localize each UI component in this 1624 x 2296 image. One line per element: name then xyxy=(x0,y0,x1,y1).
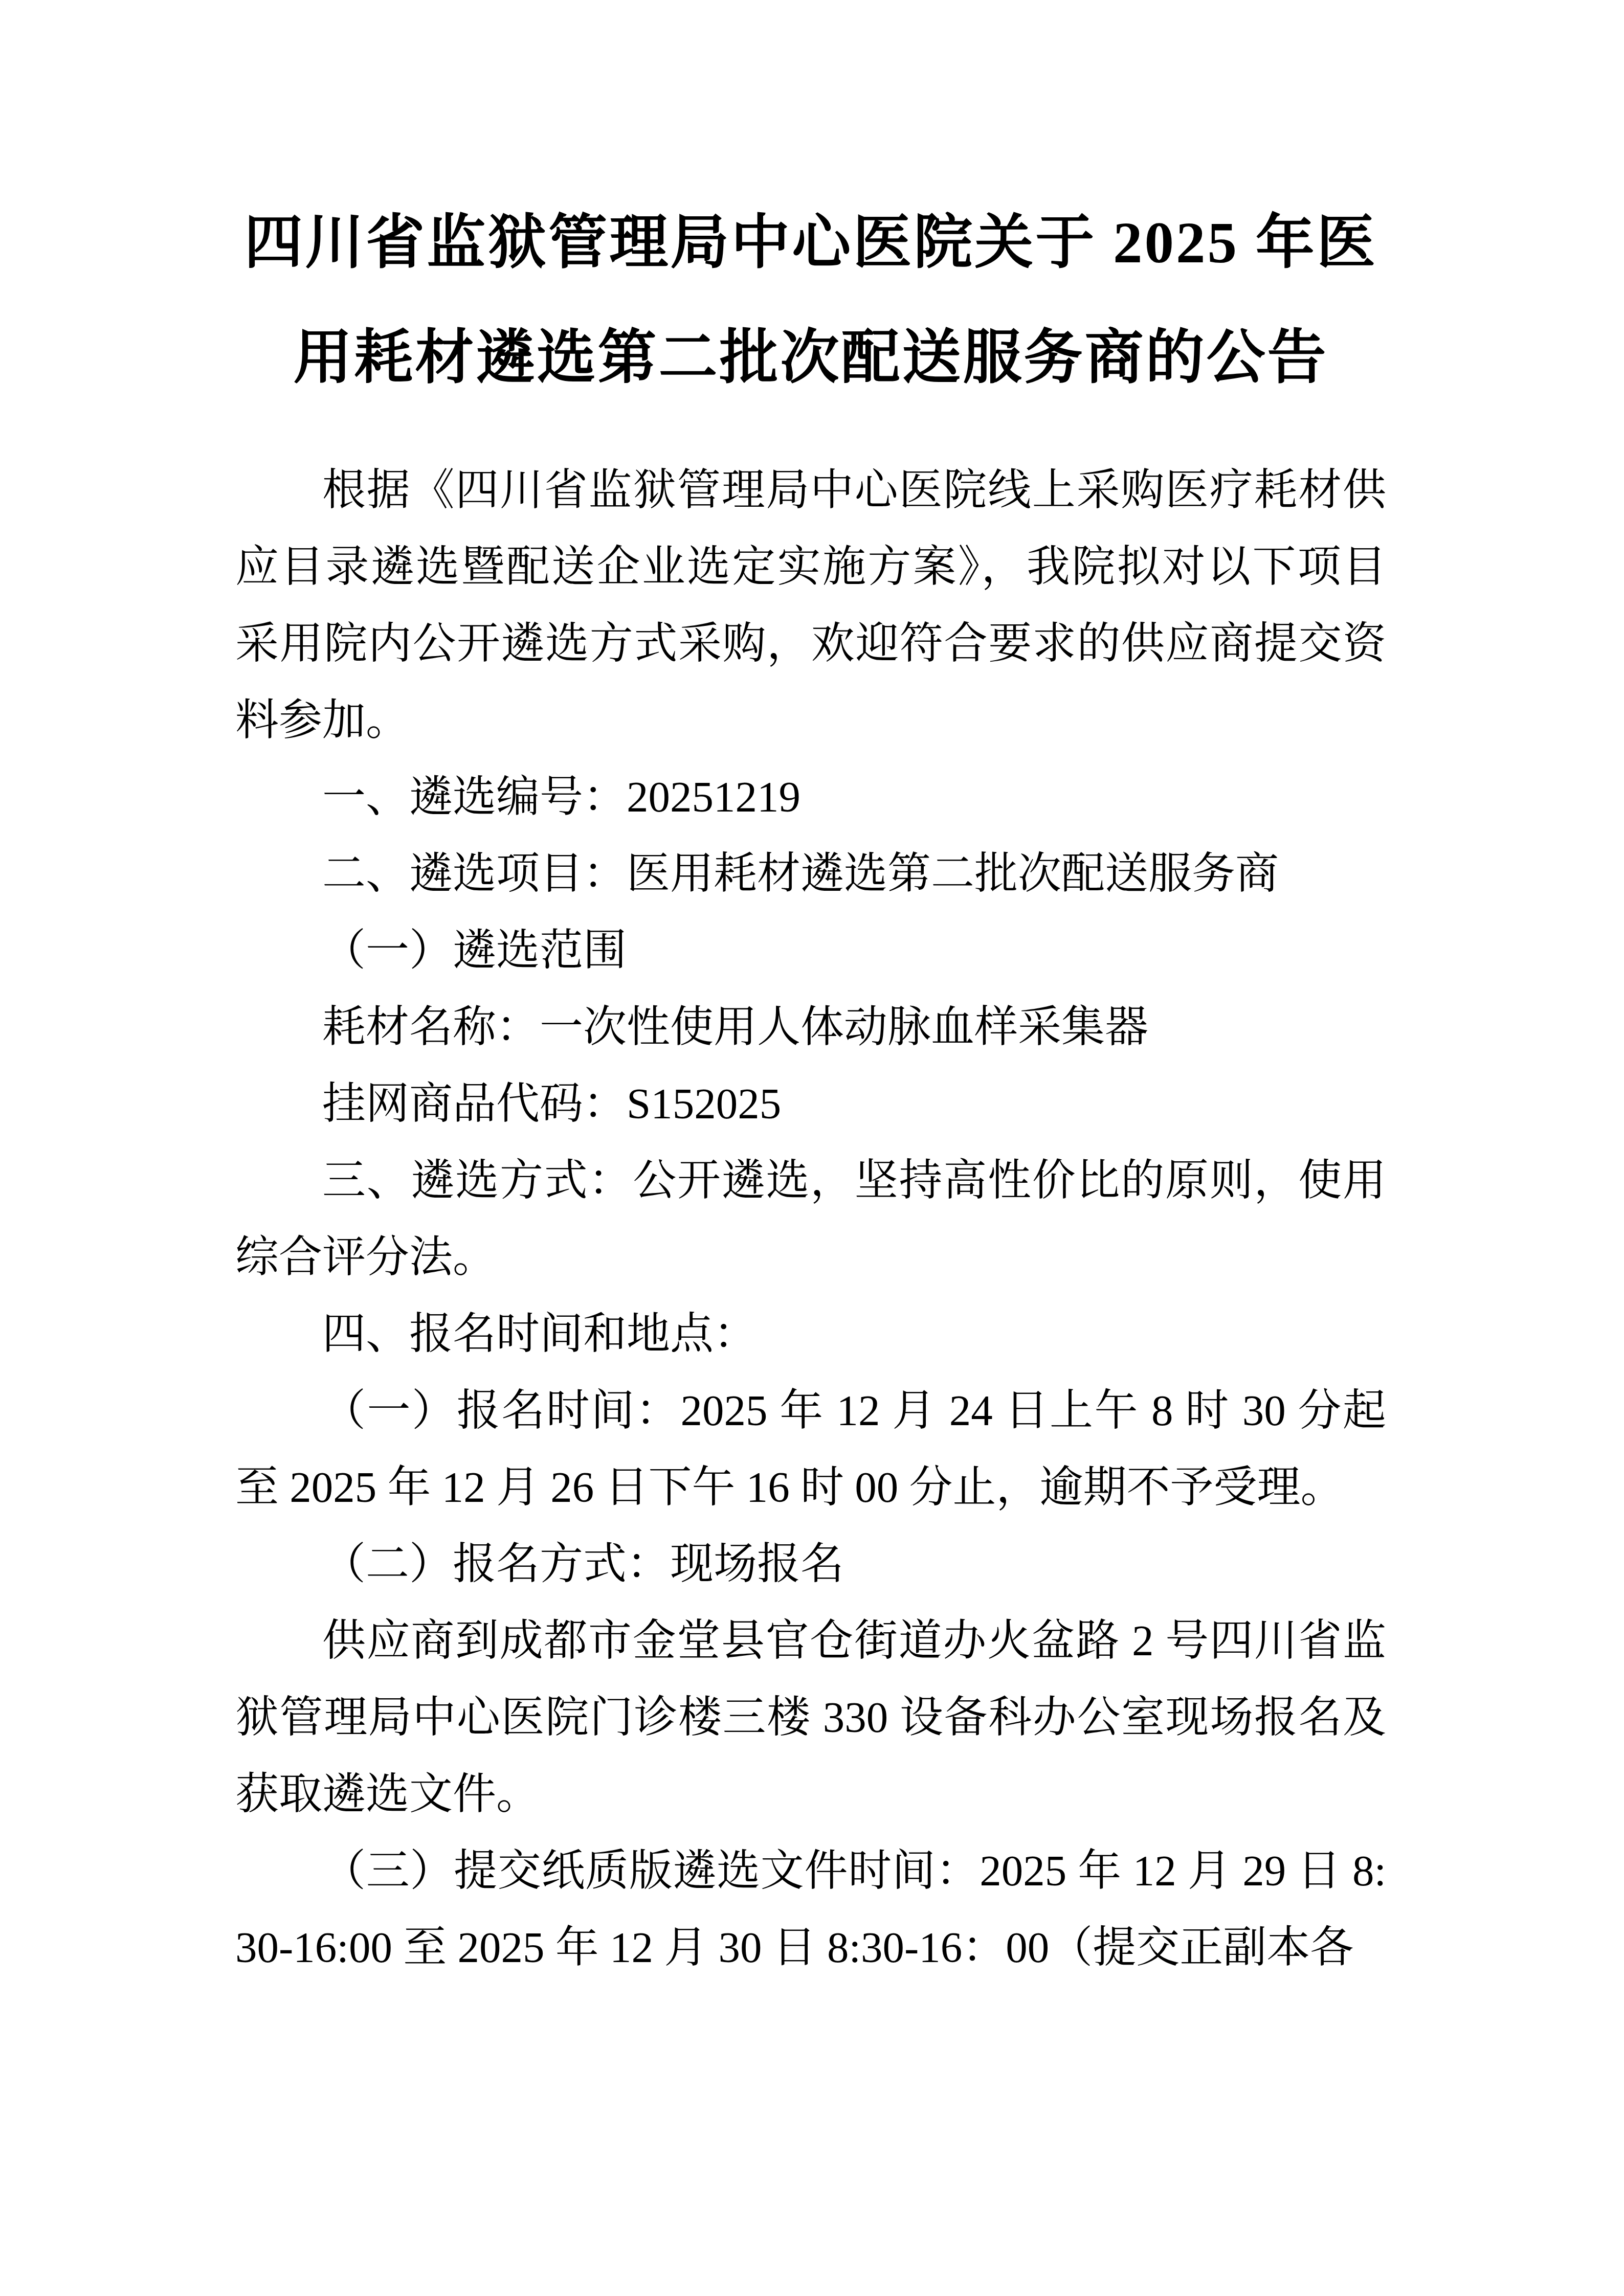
paragraph: 二、遴选项目：医用耗材遴选第二批次配送服务商 xyxy=(235,836,1386,912)
paragraph: 供应商到成都市金堂县官仓街道办火盆路 2 号四川省监狱管理局中心医院门诊楼三楼 … xyxy=(235,1603,1386,1833)
paragraph: 三、遴选方式：公开遴选，坚持高性价比的原则，使用综合评分法。 xyxy=(235,1142,1386,1296)
paragraph: 根据《四川省监狱管理局中心医院线上采购医疗耗材供应目录遴选暨配送企业选定实施方案… xyxy=(235,452,1386,759)
document-page: 四川省监狱管理局中心医院关于 2025 年医用耗材遴选第二批次配送服务商的公告 … xyxy=(0,0,1624,2296)
paragraph: （一）报名时间：2025 年 12 月 24 日上午 8 时 30 分起至 20… xyxy=(235,1372,1386,1526)
paragraph: 挂网商品代码：S152025 xyxy=(235,1066,1386,1142)
paragraph: 四、报名时间和地点： xyxy=(235,1296,1386,1372)
paragraph: 一、遴选编号：20251219 xyxy=(235,759,1386,836)
paragraph: （三）提交纸质版遴选文件时间：2025 年 12 月 29 日 8:30-16:… xyxy=(235,1833,1386,1986)
paragraph: （一）遴选范围 xyxy=(235,912,1386,989)
document-title: 四川省监狱管理局中心医院关于 2025 年医用耗材遴选第二批次配送服务商的公告 xyxy=(235,185,1386,415)
document-body: 根据《四川省监狱管理局中心医院线上采购医疗耗材供应目录遴选暨配送企业选定实施方案… xyxy=(235,452,1386,1986)
paragraph: 耗材名称：一次性使用人体动脉血样采集器 xyxy=(235,989,1386,1066)
paragraph: （二）报名方式：现场报名 xyxy=(235,1526,1386,1603)
